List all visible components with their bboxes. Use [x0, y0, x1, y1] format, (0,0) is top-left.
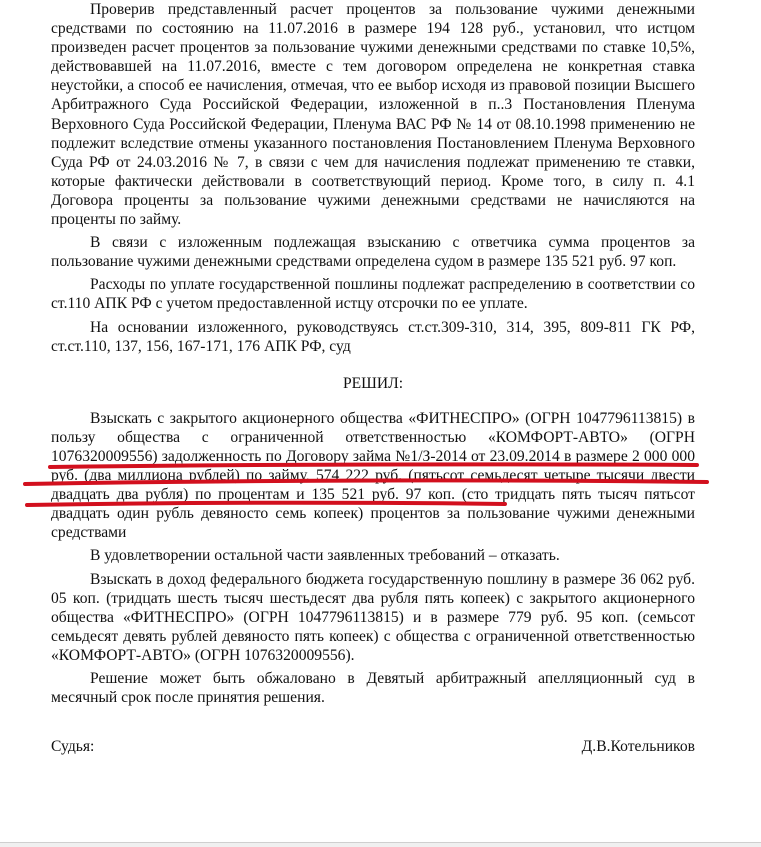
- signature-block: Судья: Д.В.Котельников: [51, 737, 695, 756]
- paragraph-reject-remaining: В удовлетворении остальной части заявлен…: [51, 546, 695, 565]
- paragraph-recover-fee: Взыскать в доход федерального бюджета го…: [51, 570, 695, 665]
- paragraph-interest-calculation: Проверив представленный расчет процентов…: [51, 0, 695, 229]
- paragraph-legal-basis: На основании изложенного, руководствуясь…: [51, 318, 695, 356]
- judge-name: Д.В.Котельников: [582, 737, 695, 756]
- paragraph-recover-debt: Взыскать с закрытого акционерного общест…: [51, 409, 695, 543]
- paragraph-state-fee: Расходы по уплате государственной пошлин…: [51, 275, 695, 313]
- viewer-bottom-bar: [0, 842, 761, 847]
- paragraph-appeal: Решение может быть обжаловано в Девятый …: [51, 669, 695, 707]
- document-page: Проверив представленный расчет процентов…: [51, 0, 695, 756]
- decision-heading: РЕШИЛ:: [51, 374, 695, 393]
- paragraph-interest-amount: В связи с изложенным подлежащая взыскани…: [51, 233, 695, 271]
- signature-label: Судья:: [51, 737, 94, 756]
